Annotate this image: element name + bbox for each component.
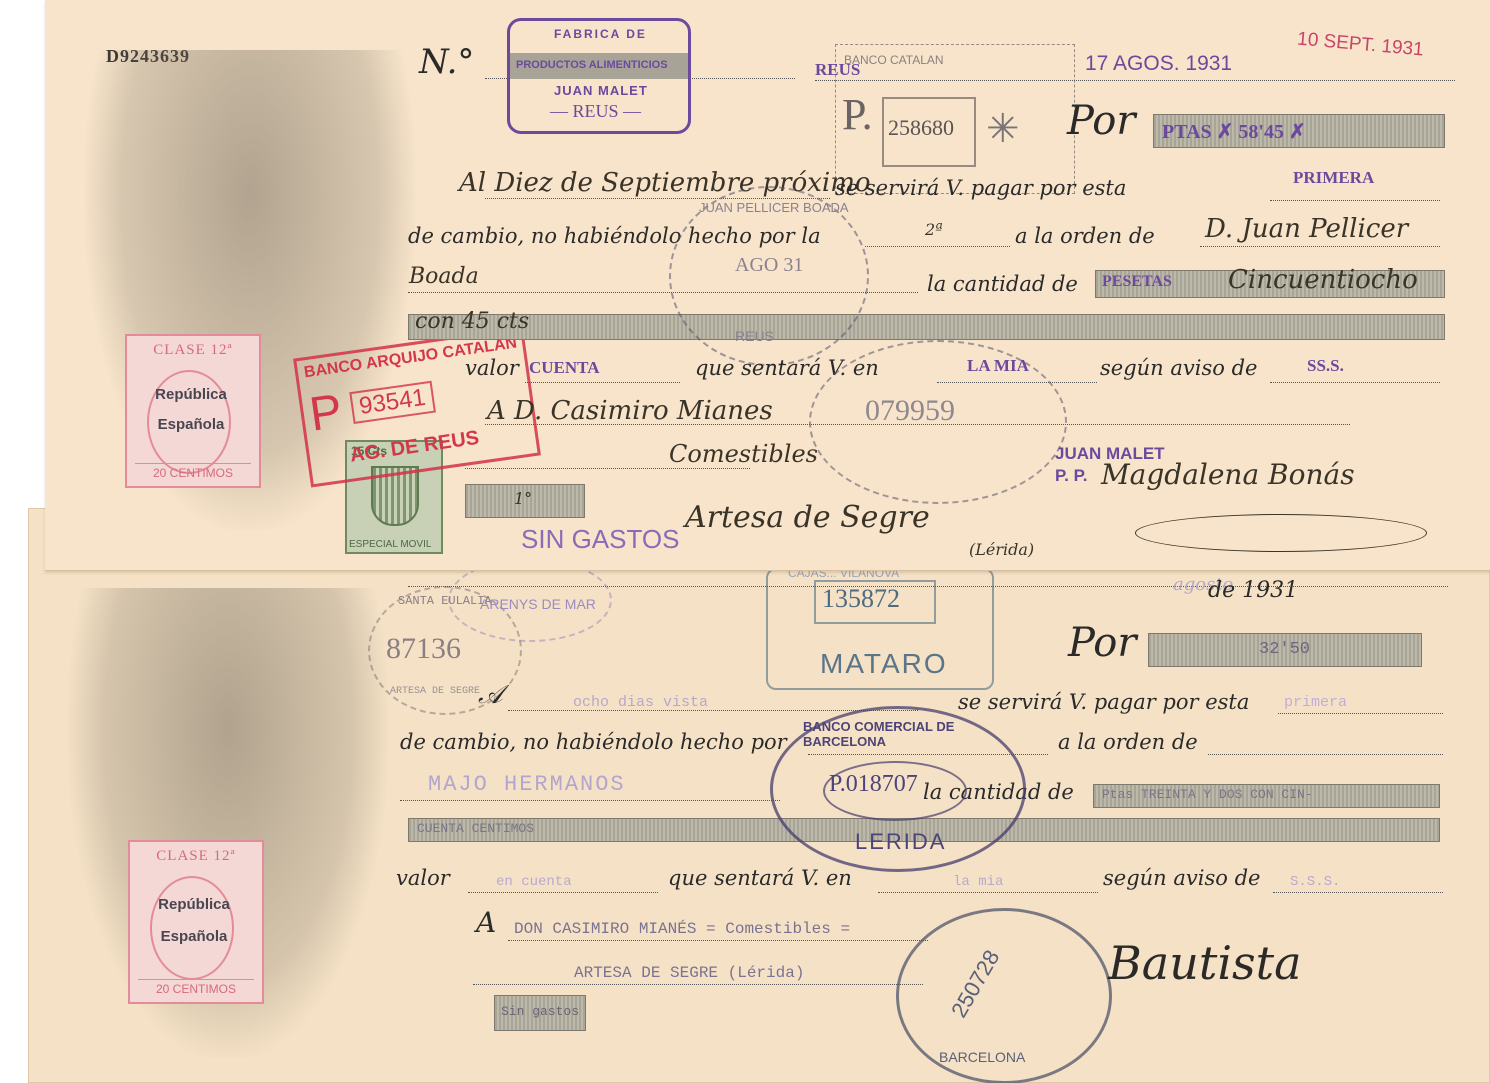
bill-of-exchange-top: D9243639 CLASE 12ª República Española 20… <box>45 0 1490 571</box>
fiscal-stamp-top: CLASE 12ª República Española 20 CENTIMOS <box>125 334 261 488</box>
signature-magdalena-bonas: Magdalena Bonás <box>1101 458 1355 491</box>
stamp-banco-comercial-barcelona: 250728 BARCELONA <box>896 908 1112 1083</box>
amount-box-bottom: 32'50 <box>1148 633 1422 667</box>
signature-flourish <box>1135 514 1427 552</box>
postmark-reus: JUAN PELLICER BOADA AGO 31 REUS <box>669 186 869 366</box>
bill-of-exchange-bottom: CLASE 12ª República Española 20 CENTIMOS… <box>28 508 1490 1083</box>
stamp-banco-catalan-p: BANCO CATALAN P. 258680 ✳ <box>835 44 1075 194</box>
amount-box-top: PTAS ✗ 58'45 ✗ <box>1153 114 1445 148</box>
stamp-banco-comercial-lerida: BANCO COMERCIAL DE BARCELONA P.018707 LE… <box>770 706 1026 872</box>
stamp-oval-santander: 079959 <box>809 340 1067 504</box>
received-date-stamp: 10 SEPT. 1931 <box>1296 29 1424 62</box>
issue-date: 17 AGOS. 1931 <box>1085 52 1232 76</box>
issuer-stamp-juan-malet: FABRICA DE PRODUCTOS ALIMENTICIOS JUAN M… <box>507 18 691 134</box>
fiscal-stamp-bottom: CLASE 12ª República Española 20 CENTIMOS <box>128 840 264 1004</box>
sin-gastos-stamp: SIN GASTOS <box>521 524 679 555</box>
signature-bautista: Bautista <box>1108 936 1302 990</box>
